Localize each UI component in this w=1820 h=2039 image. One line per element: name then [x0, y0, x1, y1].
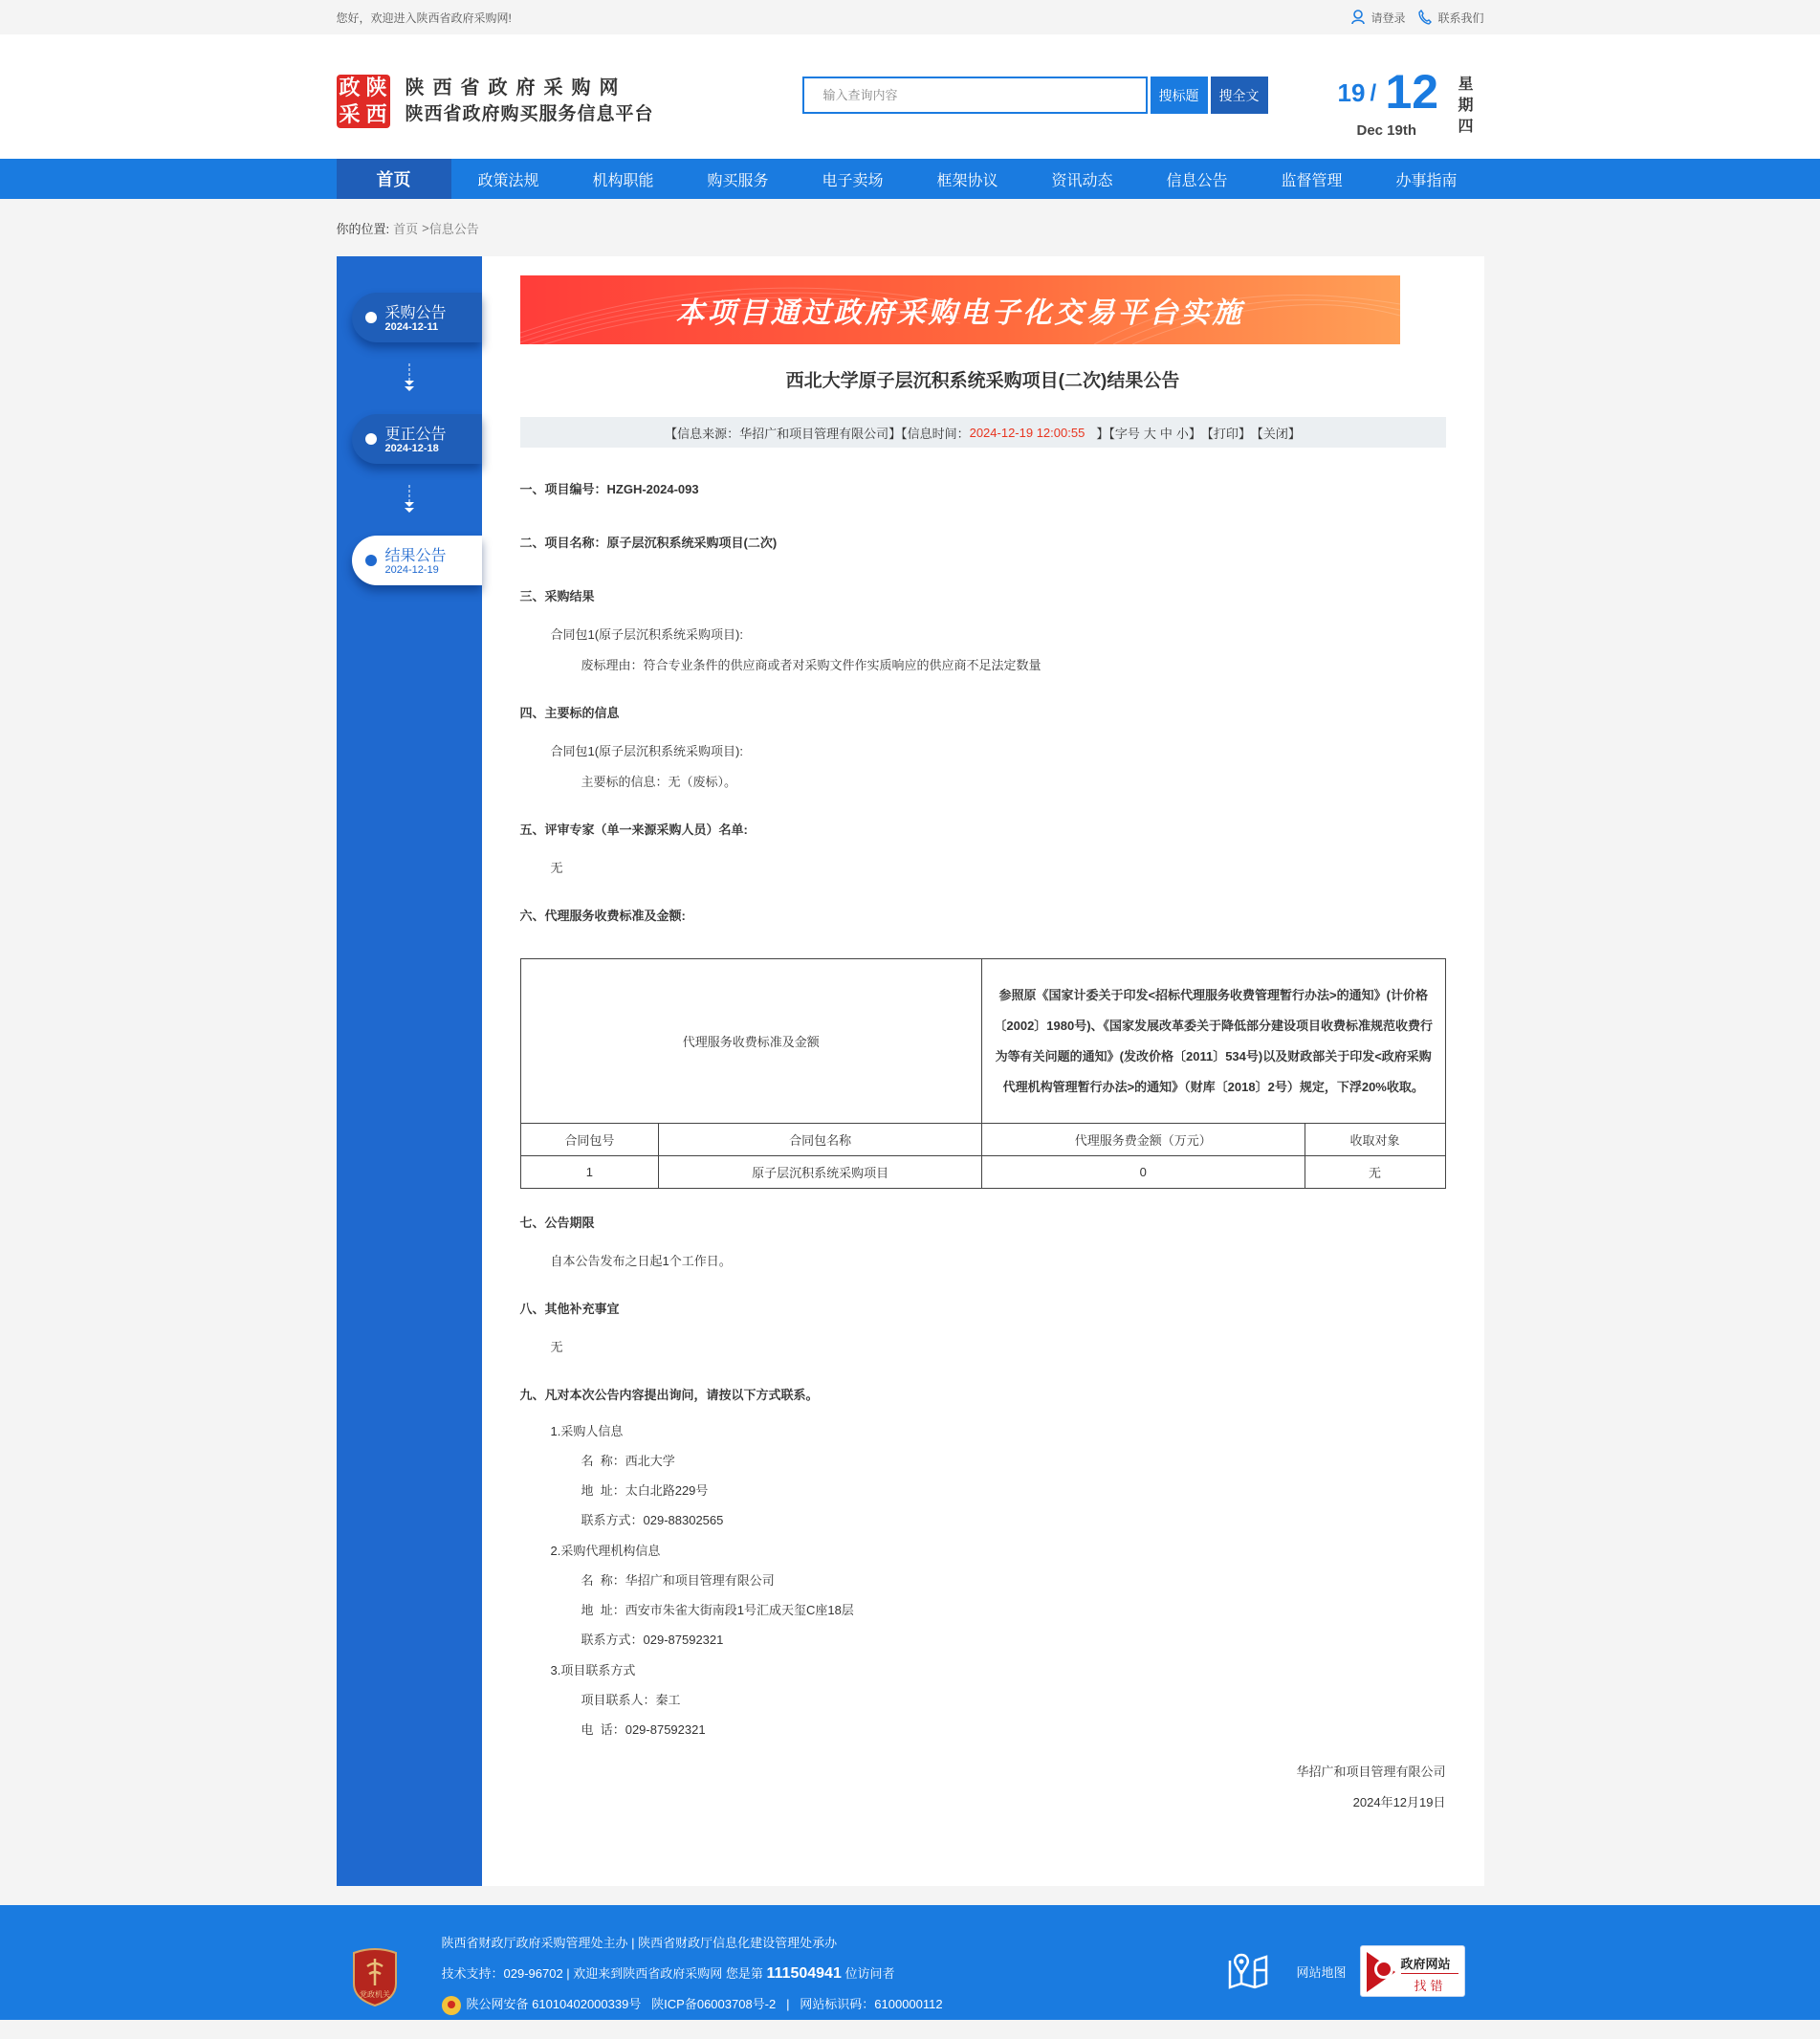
- top-bar: 您好，欢迎进入陕西省政府采购网! 请登录 联系我们: [0, 0, 1820, 34]
- find-error-button[interactable]: 政府网站 找错: [1360, 1945, 1465, 1997]
- search-fulltext-button[interactable]: 搜全文: [1211, 77, 1268, 114]
- nav-item-6[interactable]: 资讯动态: [1025, 159, 1140, 199]
- info-time: 2024-12-19 12:00:55: [970, 426, 1085, 440]
- nav-item-1[interactable]: 政策法规: [451, 159, 566, 199]
- arrow-down-icon: [402, 363, 417, 394]
- table-row: 1 原子层沉积系统采购项目 0 无: [520, 1156, 1445, 1189]
- project-contact-title: 3.项目联系方式: [520, 1661, 1446, 1680]
- platform-banner: 本项目通过政府采购电子化交易平台实施: [520, 275, 1400, 344]
- breadcrumb: 你的位置: 首页 > 信息公告: [337, 199, 1484, 256]
- sitemap-link[interactable]: 网站地图: [1228, 1953, 1347, 1989]
- bullet-icon: [365, 312, 377, 323]
- announcement-timeline: 采购公告 2024-12-11 更正公告 2024-12-18 结果公告 202…: [337, 256, 482, 1886]
- logo-char: 陕: [363, 75, 390, 101]
- section-heading: 九、凡对本次公告内容提出询问，请按以下方式联系。: [520, 1386, 1446, 1405]
- section-heading: 八、其他补充事宜: [520, 1300, 1446, 1319]
- section-heading: 七、公告期限: [520, 1214, 1446, 1233]
- user-icon: [1351, 10, 1365, 25]
- map-icon: [1228, 1953, 1268, 1989]
- article-content: 本项目通过政府采购电子化交易平台实施 西北大学原子层沉积系统采购项目(二次)结果…: [482, 256, 1484, 1886]
- project-contact: 项目联系人：秦工: [520, 1691, 1446, 1710]
- date-display: 19 / 12 Dec 19th 星期四: [1338, 46, 1472, 151]
- other-matters: 无: [520, 1338, 1446, 1357]
- purchaser-name: 名 称：西北大学: [520, 1452, 1446, 1471]
- table-cell: 原子层沉积系统采购项目: [659, 1156, 982, 1189]
- search-input[interactable]: [802, 77, 1148, 114]
- failure-reason: 废标理由：符合专业条件的供应商或者对采购文件作实质响应的供应商不足法定数量: [520, 656, 1446, 675]
- breadcrumb-home[interactable]: 首页: [393, 219, 418, 237]
- date-english: Dec 19th: [1357, 122, 1417, 139]
- footer-info: 陕西省财政厅政府采购管理处主办 | 陕西省财政厅信息化建设管理处承办 技术支持：…: [442, 1928, 943, 2020]
- breadcrumb-label: 你的位置:: [337, 219, 390, 237]
- date-day: 19: [1338, 78, 1366, 108]
- timeline-step-correction[interactable]: 更正公告 2024-12-18: [352, 414, 482, 464]
- nav-item-2[interactable]: 机构职能: [566, 159, 681, 199]
- project-phone: 电 话：029-87592321: [520, 1721, 1446, 1740]
- purchaser-address: 地 址：太白北路229号: [520, 1481, 1446, 1501]
- close-button[interactable]: 【关闭】: [1251, 424, 1301, 442]
- main-nav: 首页政策法规机构职能购买服务电子卖场框架协议资讯动态信息公告监督管理办事指南: [0, 159, 1820, 199]
- article-title: 西北大学原子层沉积系统采购项目(二次)结果公告: [520, 369, 1446, 394]
- contact-link[interactable]: 联系我们: [1418, 10, 1483, 26]
- site-title: 陕西省政府采购网: [406, 75, 654, 101]
- party-government-badge-icon[interactable]: 党政机关: [350, 1947, 400, 2006]
- section-label: 一、项目编号：: [520, 482, 607, 496]
- visitor-count: 111504941: [767, 1965, 842, 1982]
- arrow-down-icon: [402, 485, 417, 515]
- footer: 党政机关 陕西省财政厅政府采购管理处主办 | 陕西省财政厅信息化建设管理处承办 …: [0, 1905, 1820, 2020]
- table-cell: 1: [520, 1156, 659, 1189]
- signature-org: 华招广和项目管理有限公司: [520, 1763, 1446, 1782]
- logo-char: 采: [337, 101, 363, 128]
- agency-fee-table: 代理服务收费标准及金额 参照原《国家计委关于印发<招标代理服务收费管理暂行办法>…: [520, 958, 1446, 1189]
- section-heading: 五、评审专家（单一来源采购人员）名单:: [520, 821, 1446, 840]
- section-heading: 六、代理服务收费标准及金额:: [520, 907, 1446, 926]
- agency-phone: 联系方式：029-87592321: [520, 1631, 1446, 1650]
- site-subtitle: 陕西省政府购买服务信息平台: [406, 101, 654, 128]
- step-date: 2024-12-18: [385, 443, 439, 454]
- footer-support: 技术支持：029-96702 | 欢迎来到陕西省政府采购网 您是第 111504…: [442, 1959, 943, 1989]
- table-cell: 无: [1305, 1156, 1445, 1189]
- purchaser-phone: 联系方式：029-88302565: [520, 1511, 1446, 1530]
- nav-item-7[interactable]: 信息公告: [1140, 159, 1255, 199]
- bullet-icon: [365, 433, 377, 445]
- section-label: 二、项目名称：: [520, 536, 607, 550]
- font-size-label: 】【字号: [1096, 424, 1140, 442]
- breadcrumb-sep: >: [422, 221, 429, 235]
- step-name: 采购公告: [385, 300, 447, 322]
- info-source: 【信息来源：华招广和项目管理有限公司】【信息时间：: [665, 424, 970, 442]
- nav-item-9[interactable]: 办事指南: [1370, 159, 1484, 199]
- magnifier-icon: [1374, 1960, 1393, 1979]
- bullet-icon: [365, 555, 377, 566]
- welcome-text: 您好，欢迎进入陕西省政府采购网!: [337, 10, 512, 26]
- font-size-large-button[interactable]: 大: [1144, 424, 1156, 442]
- search-title-button[interactable]: 搜标题: [1151, 77, 1208, 114]
- sitemap-label: 网站地图: [1297, 1962, 1347, 1981]
- nav-item-4[interactable]: 电子卖场: [796, 159, 910, 199]
- section-heading: 三、采购结果: [520, 587, 1446, 606]
- table-header: 代理服务费金额（万元）: [981, 1124, 1305, 1156]
- login-label: 请登录: [1370, 10, 1405, 26]
- section-project-number: 一、项目编号：HZGH-2024-093: [520, 480, 1446, 499]
- font-size-small-button[interactable]: 小: [1176, 424, 1189, 442]
- agency-name: 名 称：华招广和项目管理有限公司: [520, 1571, 1446, 1590]
- font-size-medium-button[interactable]: 中: [1160, 424, 1173, 442]
- nav-item-5[interactable]: 框架协议: [910, 159, 1025, 199]
- purchaser-title: 1.采购人信息: [520, 1422, 1446, 1441]
- table-header: 合同包名称: [659, 1124, 982, 1156]
- phone-icon: [1418, 10, 1432, 25]
- site-logo[interactable]: 政 陕 采 西: [337, 75, 390, 128]
- search-bar: 搜标题 搜全文: [802, 77, 1268, 114]
- header: 政 陕 采 西 陕西省政府采购网 陕西省政府购买服务信息平台 搜标题 搜全文 1…: [0, 34, 1820, 159]
- date-slash: /: [1370, 80, 1377, 107]
- divider: [1401, 1973, 1458, 1974]
- date-month: 12: [1386, 63, 1439, 121]
- article-body: 一、项目编号：HZGH-2024-093 二、项目名称：原子层沉积系统采购项目(…: [520, 480, 1446, 1812]
- agency-address: 地 址：西安市朱雀大街南段1号汇成天玺C座18层: [520, 1601, 1446, 1620]
- banner-text: 本项目通过政府采购电子化交易平台实施: [676, 289, 1244, 331]
- step-name: 结果公告: [385, 543, 447, 565]
- article-info-bar: 【信息来源：华招广和项目管理有限公司】【信息时间： 2024-12-19 12:…: [520, 417, 1446, 448]
- svg-text:党政机关: 党政机关: [360, 1989, 390, 1999]
- print-button[interactable]: 【打印】: [1201, 424, 1251, 442]
- find-error-bottom: 找错: [1414, 1976, 1447, 1994]
- logo-char: 西: [363, 101, 390, 128]
- bracket: 】: [1189, 424, 1201, 442]
- visitor-suffix: 位访问者: [844, 1966, 894, 1981]
- login-link[interactable]: 请登录: [1351, 10, 1405, 26]
- fee-merged-label: 代理服务收费标准及金额: [520, 959, 981, 1124]
- main-item-info: 主要标的信息：无（废标）。: [520, 773, 1446, 792]
- footer-registration: 陕公网安备 61010402000339号 陕ICP备06003708号-2 |…: [442, 1989, 943, 2020]
- date-weekday: 星期四: [1458, 75, 1474, 138]
- site-name: 陕西省政府采购网 陕西省政府购买服务信息平台: [406, 75, 654, 128]
- section-heading: 四、主要标的信息: [520, 704, 1446, 723]
- project-name: 原子层沉积系统采购项目(二次): [607, 536, 778, 550]
- project-number: HZGH-2024-093: [607, 482, 699, 496]
- nav-list: 首页政策法规机构职能购买服务电子卖场框架协议资讯动态信息公告监督管理办事指南: [337, 159, 1484, 199]
- registration-text[interactable]: 陕公网安备 61010402000339号 陕ICP备06003708号-2 |…: [467, 1997, 943, 2011]
- notice-period: 自本公告发布之日起1个工作日。: [520, 1252, 1446, 1271]
- police-emblem-icon: [442, 1996, 461, 2015]
- step-date: 2024-12-11: [385, 321, 439, 333]
- section-project-name: 二、项目名称：原子层沉积系统采购项目(二次): [520, 534, 1446, 553]
- table-cell: 0: [981, 1156, 1305, 1189]
- step-date: 2024-12-19: [385, 564, 439, 576]
- footer-sponsor: 陕西省财政厅政府采购管理处主办 | 陕西省财政厅信息化建设管理处承办: [442, 1928, 943, 1959]
- experts-value: 无: [520, 859, 1446, 878]
- support-text: 技术支持：029-96702 | 欢迎来到陕西省政府采购网 您是第: [442, 1966, 763, 1981]
- signature-date: 2024年12月19日: [520, 1793, 1446, 1812]
- agency-title: 2.采购代理机构信息: [520, 1542, 1446, 1561]
- main-panel: 采购公告 2024-12-11 更正公告 2024-12-18 结果公告 202…: [337, 256, 1484, 1886]
- table-header: 收取对象: [1305, 1124, 1445, 1156]
- package-line: 合同包1(原子层沉积系统采购项目):: [520, 625, 1446, 645]
- timeline-step-result[interactable]: 结果公告 2024-12-19: [352, 536, 482, 585]
- nav-item-0[interactable]: 首页: [337, 159, 451, 199]
- nav-item-3[interactable]: 购买服务: [681, 159, 796, 199]
- nav-item-8[interactable]: 监督管理: [1255, 159, 1370, 199]
- breadcrumb-current[interactable]: 信息公告: [429, 219, 479, 237]
- fee-description: 参照原《国家计委关于印发<招标代理服务收费管理暂行办法>的通知》(计价格〔200…: [981, 959, 1445, 1124]
- contact-label: 联系我们: [1437, 10, 1483, 26]
- find-error-top: 政府网站: [1401, 1954, 1451, 1972]
- logo-char: 政: [337, 75, 363, 101]
- table-header: 合同包号: [520, 1124, 659, 1156]
- step-name: 更正公告: [385, 422, 447, 444]
- package-line: 合同包1(原子层沉积系统采购项目):: [520, 742, 1446, 761]
- timeline-step-procurement[interactable]: 采购公告 2024-12-11: [352, 293, 482, 342]
